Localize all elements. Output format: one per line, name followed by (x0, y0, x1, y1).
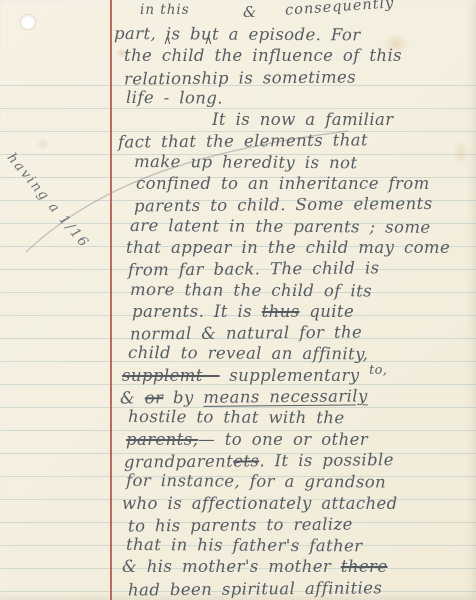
manuscript-text: ets (233, 451, 259, 470)
inserted-ampersand: & (243, 3, 256, 21)
manuscript-text: more than the child of its (130, 280, 372, 300)
manuscript-line: that in his father's father (126, 534, 474, 557)
manuscript-text: life - long. (126, 88, 223, 108)
manuscript-text: & his mother's mother (122, 557, 341, 576)
inserted-word: consequently (285, 0, 395, 19)
inserted-word: in this (140, 2, 190, 18)
manuscript-line: that appear in the child may come (126, 237, 474, 258)
manuscript-text: are latent in the parents ; some (130, 216, 431, 237)
manuscript-text: thus (262, 302, 300, 321)
manuscript-text: parents, (126, 430, 198, 449)
manuscript-line: from far back. The child is (128, 257, 474, 281)
manuscript-text: the child the influence of this (124, 46, 402, 65)
manuscript-text: supplemt— (122, 366, 220, 385)
manuscript-text: by (163, 388, 203, 407)
manuscript-text: for instance, for a grandson (126, 471, 386, 492)
manuscript-text: hostile to that with the (128, 407, 345, 427)
manuscript-line: parents to child. Some elements (134, 193, 474, 217)
manuscript-line: fact that the elements that (118, 129, 474, 153)
manuscript-line: to his parents to realize (128, 512, 474, 536)
punch-hole (21, 15, 35, 29)
margin-note: having a 1/16 (4, 150, 93, 251)
manuscript-text: or (145, 388, 164, 407)
manuscript-page: in this & consequently ∧ ∧ having a 1/16… (0, 0, 476, 600)
manuscript-text: . It is possible (259, 450, 394, 470)
manuscript-line: It is now a familiar (212, 109, 474, 130)
manuscript-line: grandparentets. It is possible (124, 448, 474, 472)
manuscript-text: part, is but a episode. For (114, 24, 361, 45)
manuscript-line: part, is but a episode. For (114, 23, 474, 46)
manuscript-line: are latent in the parents ; some (130, 215, 474, 238)
manuscript-text: relationship is sometimes (124, 67, 356, 88)
manuscript-text: grandparent (124, 452, 233, 472)
manuscript-line: child to reveal an affinity, (128, 342, 474, 365)
manuscript-text: & (120, 388, 145, 407)
manuscript-text: that in his father's father (126, 535, 363, 555)
manuscript-line: confined to an inheritance from (136, 173, 474, 194)
manuscript-line: relationship is sometimes (124, 65, 474, 89)
manuscript-line: life - long. (126, 87, 474, 110)
manuscript-line: for instance, for a grandson (126, 470, 474, 493)
manuscript-text: — to one or other (198, 430, 368, 449)
manuscript-text: quite (300, 302, 355, 321)
manuscript-line: hostile to that with the (128, 406, 474, 429)
manuscript-lines: part, is but a episode. Forthe child the… (112, 24, 474, 599)
manuscript-text: fact that the elements that (118, 131, 368, 152)
manuscript-text: child to reveal an affinity, (128, 343, 368, 363)
manuscript-text: confined to an inheritance from (136, 174, 430, 193)
manuscript-line: parents. It is thus quite (132, 301, 474, 322)
manuscript-text: had been spiritual affinities (128, 578, 382, 599)
manuscript-text: there (341, 557, 388, 576)
manuscript-text: make up heredity is not (134, 152, 358, 172)
manuscript-line: the child the influence of this (124, 45, 474, 66)
manuscript-text: normal & natural for the (130, 323, 362, 344)
manuscript-line: supplemt— supplementary to, (122, 365, 474, 386)
paper-stain (36, 138, 50, 150)
manuscript-text: parents to child. Some elements (134, 194, 433, 216)
manuscript-text: It is now a familiar (212, 110, 394, 129)
manuscript-text: who is affectionately attached (122, 494, 398, 513)
manuscript-line: make up heredity is not (134, 151, 474, 174)
manuscript-line: parents,— to one or other (126, 429, 474, 450)
manuscript-text: that appear in the child may come (126, 238, 450, 257)
manuscript-text: means necessarily (203, 386, 367, 406)
manuscript-line: more than the child of its (130, 279, 474, 302)
manuscript-text: supplementary (220, 366, 369, 385)
manuscript-text: from far back. The child is (128, 259, 380, 280)
manuscript-line: had been spiritual affinities (128, 576, 474, 600)
manuscript-text: to, (369, 363, 387, 378)
manuscript-line: who is affectionately attached (122, 493, 474, 514)
manuscript-line: & his mother's mother there (122, 556, 474, 577)
manuscript-text: parents. It is (132, 302, 262, 321)
manuscript-text: to his parents to realize (128, 514, 353, 535)
